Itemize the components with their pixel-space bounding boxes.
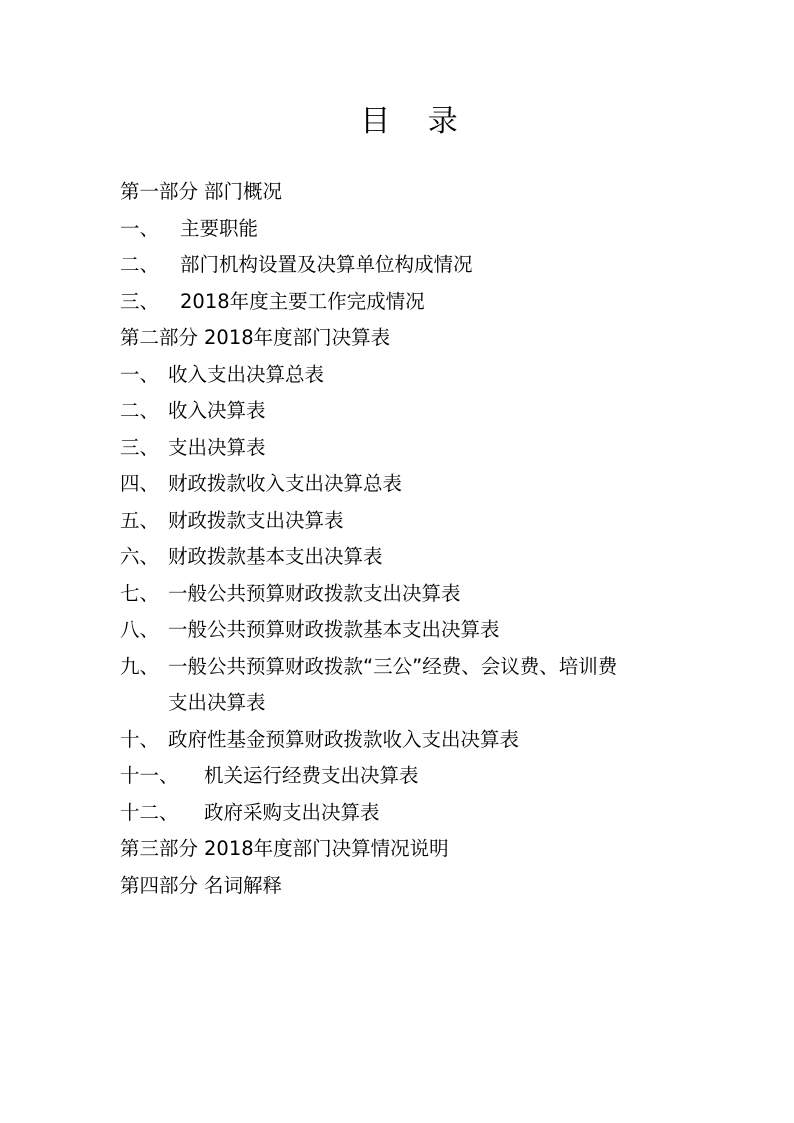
- toc-item-continuation[interactable]: 支出决算表: [120, 687, 700, 724]
- toc-number: 七、: [120, 578, 168, 610]
- toc-text: 政府性基金预算财政拨款收入支出决算表: [168, 724, 519, 756]
- toc-number: 四、: [120, 468, 168, 500]
- toc-item[interactable]: 十、政府性基金预算财政拨款收入支出决算表: [120, 724, 700, 761]
- toc-text: 支出决算表: [168, 687, 266, 719]
- table-of-contents: 第一部分部门概况 一、主要职能 二、部门机构设置及决算单位构成情况 三、2018…: [120, 176, 700, 906]
- toc-number: 六、: [120, 541, 168, 573]
- toc-item[interactable]: 五、财政拨款支出决算表: [120, 505, 700, 542]
- toc-number: 八、: [120, 614, 168, 646]
- toc-text: 支出决算表: [168, 432, 266, 464]
- toc-text: 财政拨款基本支出决算表: [168, 541, 383, 573]
- toc-text: 部门概况: [204, 176, 282, 208]
- toc-text: 部门机构设置及决算单位构成情况: [180, 249, 473, 281]
- toc-item[interactable]: 二、部门机构设置及决算单位构成情况: [120, 249, 700, 286]
- toc-number: 五、: [120, 505, 168, 537]
- toc-item[interactable]: 十二、政府采购支出决算表: [120, 797, 700, 834]
- toc-number: 第一部分: [120, 176, 198, 208]
- toc-number: 三、: [120, 286, 180, 318]
- toc-text: 2018年度主要工作完成情况: [180, 286, 425, 318]
- toc-number: 一、: [120, 359, 168, 391]
- toc-text: 机关运行经费支出决算表: [204, 760, 419, 792]
- toc-item[interactable]: 三、支出决算表: [120, 432, 700, 469]
- toc-text: 财政拨款支出决算表: [168, 505, 344, 537]
- toc-item[interactable]: 三、2018年度主要工作完成情况: [120, 286, 700, 323]
- page-title: 目 录: [0, 96, 794, 140]
- toc-text: 2018年度部门决算表: [204, 322, 390, 354]
- toc-number: 二、: [120, 249, 180, 281]
- toc-part-3[interactable]: 第三部分2018年度部门决算情况说明: [120, 833, 700, 870]
- toc-item[interactable]: 十一、机关运行经费支出决算表: [120, 760, 700, 797]
- toc-number: 十、: [120, 724, 168, 756]
- toc-number: 第三部分: [120, 833, 198, 865]
- toc-text: 一般公共预算财政拨款“三公”经费、会议费、培训费: [168, 651, 617, 683]
- toc-text: 2018年度部门决算情况说明: [204, 833, 449, 865]
- toc-part-4[interactable]: 第四部分名词解释: [120, 870, 700, 907]
- toc-text: 一般公共预算财政拨款基本支出决算表: [168, 614, 500, 646]
- toc-text: 收入支出决算总表: [168, 359, 324, 391]
- toc-number: 二、: [120, 395, 168, 427]
- toc-number: 九、: [120, 651, 168, 683]
- toc-item[interactable]: 七、一般公共预算财政拨款支出决算表: [120, 578, 700, 615]
- toc-text: 收入决算表: [168, 395, 266, 427]
- toc-text: 主要职能: [180, 213, 258, 245]
- toc-item[interactable]: 四、财政拨款收入支出决算总表: [120, 468, 700, 505]
- toc-item[interactable]: 一、收入支出决算总表: [120, 359, 700, 396]
- toc-part-2[interactable]: 第二部分2018年度部门决算表: [120, 322, 700, 359]
- toc-item[interactable]: 八、一般公共预算财政拨款基本支出决算表: [120, 614, 700, 651]
- toc-item[interactable]: 六、财政拨款基本支出决算表: [120, 541, 700, 578]
- toc-number: 第四部分: [120, 870, 198, 902]
- toc-number: 三、: [120, 432, 168, 464]
- toc-part-1[interactable]: 第一部分部门概况: [120, 176, 700, 213]
- toc-number: 十二、: [120, 797, 204, 829]
- toc-item[interactable]: 一、主要职能: [120, 213, 700, 250]
- toc-text: 财政拨款收入支出决算总表: [168, 468, 402, 500]
- toc-text: 一般公共预算财政拨款支出决算表: [168, 578, 461, 610]
- toc-number: 第二部分: [120, 322, 198, 354]
- toc-text: 政府采购支出决算表: [204, 797, 380, 829]
- toc-item[interactable]: 九、一般公共预算财政拨款“三公”经费、会议费、培训费: [120, 651, 700, 688]
- toc-item[interactable]: 二、收入决算表: [120, 395, 700, 432]
- toc-text: 名词解释: [204, 870, 282, 902]
- toc-number: 十一、: [120, 760, 204, 792]
- toc-number: 一、: [120, 213, 180, 245]
